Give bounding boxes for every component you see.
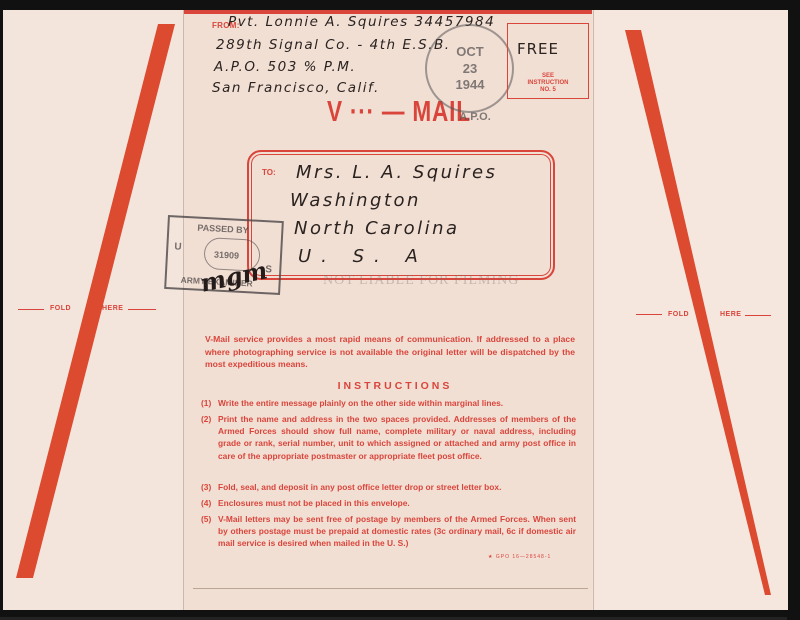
recipient-line-1: Mrs. L. A. Squires xyxy=(296,162,497,183)
fold-line-left-a xyxy=(18,309,44,310)
service-note: V-Mail service provides a most rapid mea… xyxy=(205,333,575,371)
postmark-apo: A.P.O. xyxy=(455,112,495,123)
here-label-left: HERE xyxy=(102,305,123,312)
censor-number: 31909 xyxy=(214,249,240,260)
to-label: TO: xyxy=(262,168,276,177)
here-label-right: HERE xyxy=(720,311,741,318)
bottom-flap-fold xyxy=(193,588,588,619)
instructions-heading: INSTRUCTIONS xyxy=(200,380,590,392)
fold-line-right-b xyxy=(745,315,771,316)
fold-line-left-b xyxy=(128,309,156,310)
sender-line-3: A.P.O. 503 % P.M. xyxy=(214,59,356,75)
fold-label-left: FOLD xyxy=(50,305,71,312)
recipient-line-2: Washington xyxy=(290,190,421,211)
instruction-item: (3) Fold, seal, and deposit in any post … xyxy=(218,481,576,493)
printer-mark: ★ GPO 16—28548-1 xyxy=(488,554,551,560)
instruction-item: (4) Enclosures must not be placed in thi… xyxy=(218,497,576,509)
postage-free-handwritten: FREE xyxy=(517,40,559,58)
postage-instruction: SEE INSTRUCTION NO. 5 xyxy=(514,73,582,94)
censor-left-letter: U xyxy=(174,241,182,252)
faint-filming-stamp: NOT LIABLE FOR FILMING xyxy=(323,273,519,289)
postmark-month: OCT xyxy=(450,45,490,58)
censor-top: PASSED BY xyxy=(197,223,249,236)
postmark-year: 1944 xyxy=(450,78,490,91)
postmark-day: 23 xyxy=(450,62,490,75)
fold-label-right: FOLD xyxy=(668,311,689,318)
recipient-line-4: U. S. A xyxy=(298,246,428,267)
instruction-item: (1) Write the entire message plainly on … xyxy=(218,397,576,409)
instruction-item: (2) Print the name and address in the tw… xyxy=(218,413,576,462)
recipient-line-3: North Carolina xyxy=(294,218,460,239)
instruction-item: (5) V-Mail letters may be sent free of p… xyxy=(218,513,576,550)
fold-line-right-a xyxy=(636,314,662,315)
sender-line-2: 289th Signal Co. - 4th E.S.B. xyxy=(216,37,451,53)
sender-line-4: San Francisco, Calif. xyxy=(212,80,380,96)
